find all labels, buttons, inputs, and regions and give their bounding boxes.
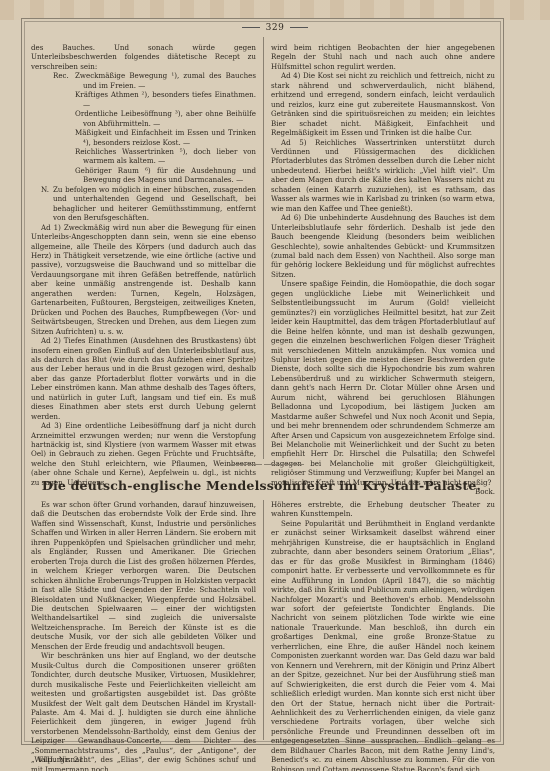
article1-ad1: Ad 1) Zweckmäßig wird nun aber die Beweg… [31,223,256,336]
note-block: N. Zu befolgen wo möglich in einer hübsc… [31,185,256,223]
article2-left-p2: Wir beschränken uns hier auf England, wo… [31,651,256,771]
column-divider-bottom [263,500,264,740]
prescription-item: Reichliches Wassertrinken ⁵), doch liebe… [75,147,256,166]
article1-ad2: Ad 2) Tiefes Einathmen (Ausdehnen des Br… [31,336,256,421]
page-number: 329 [0,23,550,33]
article1-ad6: Ad 6) Die unbehinderte Ausdehnung des Ba… [271,213,495,279]
article-separator-left [230,464,262,465]
prescription-item: Ordentliche Leibesöffnung ³), aber ohne … [75,109,256,128]
article2-left-column: Es war schon öfter Grund vorhanden, dara… [31,500,256,771]
prescription-item: Mäßigkeit und Einfachheit im Essen und T… [75,128,256,147]
note-text: Zu befolgen wo möglich in einer hübschen… [53,185,256,223]
page-number-dash-left [242,27,260,28]
article2-right-p1: Höheres erstrebte, die Erhebung deutsche… [271,500,495,519]
prescription-block: Rec. Zweckmäßige Bewegung ¹), zumal des … [31,71,256,184]
article1-ad4: Ad 4) Die Kost sei nicht zu reichlich un… [271,71,495,137]
article1-continuation: wird beim richtigen Beobachten der hier … [271,43,495,71]
article1-ad5: Ad 5) Reichliches Wassertrinken unterstü… [271,138,495,214]
issue-footer: VIII. Nr. 21. [38,756,87,764]
article2-title: Die deutsch-englische Mendelssohnfeier i… [21,478,502,493]
rx-label: Rec. [31,71,75,90]
prescription-item: Kräftiges Athmen ²), besonders tiefes Ei… [75,90,256,109]
article1-right-column: wird beim richtigen Beobachten der hier … [271,43,495,497]
article1-intro: des Bauches. Und sonach würde gegen Unte… [31,43,256,71]
article2-right-column: Höheres erstrebte, die Erhebung deutsche… [271,500,495,771]
column-divider-top [263,37,264,459]
article2-left-p1: Es war schon öfter Grund vorhanden, dara… [31,500,256,651]
homeopathy-text: Unsere spaßige Feindin, die Homöopathie,… [271,279,495,487]
article-separator-right [264,464,304,465]
article2-right-p2: Seine Popularität und Berühmtheit in Eng… [271,519,495,771]
article1-left-column: des Bauches. Und sonach würde gegen Unte… [31,43,256,487]
prescription-item: Zweckmäßige Bewegung ¹), zumal des Bauch… [75,71,256,90]
prescription-item: Gehöriger Raum ⁶) für die Ausdehnung und… [75,166,256,185]
paper-stain [0,0,550,20]
article1-homeopathy: Unsere spaßige Feindin, die Homöopathie,… [271,279,495,487]
note-label: N. [41,185,53,223]
page-number-text: 329 [266,23,285,33]
page-number-dash-right [290,27,308,28]
